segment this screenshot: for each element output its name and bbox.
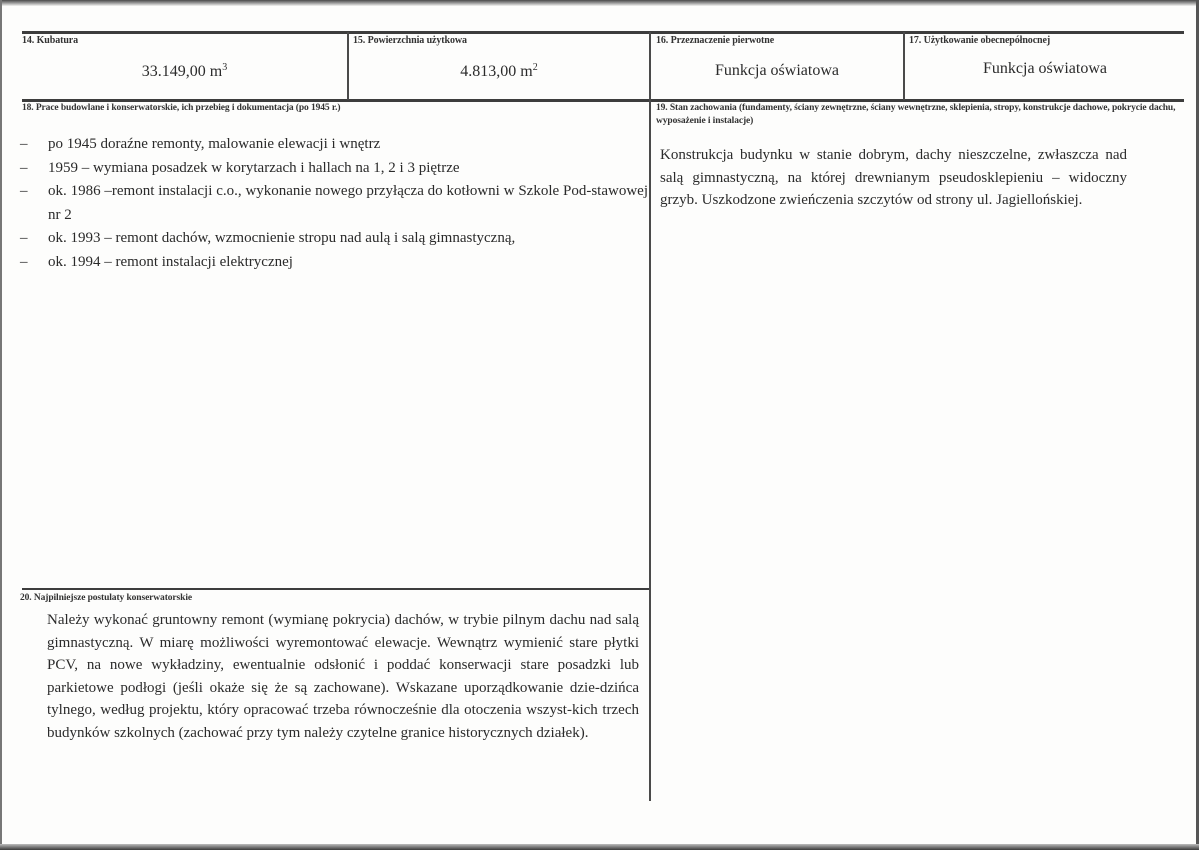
list-item: –ok. 1986 –remont instalacji c.o., wykon… [20, 180, 650, 227]
section-19-text: Konstrukcja budynku w stanie dobrym, dac… [660, 144, 1127, 212]
field-17-value: Funkcja oświatowa [905, 60, 1185, 78]
list-item: –po 1945 doraźne remonty, malowanie elew… [20, 133, 650, 157]
dash-bullet: – [20, 157, 28, 181]
list-item: –ok. 1994 – remont instalacji elektryczn… [20, 251, 650, 275]
list-item-text: 1959 – wymiana posadzek w korytarzach i … [48, 157, 650, 181]
dash-bullet: – [20, 251, 28, 275]
section-20-label: 20. Najpilniejsze postulaty konserwators… [20, 592, 192, 605]
scan-edge-top [0, 0, 1199, 6]
section-19-label: 19. Stan zachowania (fundamenty, ściany … [656, 102, 1181, 128]
field-14-value: 33.149,00 m3 [22, 62, 347, 81]
field-17-label: 17. Użytkowanie obecnepółnocnej [909, 34, 1050, 47]
list-item: –ok. 1993 – remont dachów, wzmocnienie s… [20, 227, 650, 251]
section-18-list: –po 1945 doraźne remonty, malowanie elew… [20, 133, 650, 274]
list-item-text: ok. 1986 –remont instalacji c.o., wykona… [48, 180, 648, 227]
list-item-text: ok. 1993 – remont dachów, wzmocnienie st… [48, 227, 650, 251]
kubatura-value: 33.149,00 m [142, 63, 222, 80]
rule-section20 [22, 588, 650, 590]
list-item-text: po 1945 doraźne remonty, malowanie elewa… [48, 133, 650, 157]
dash-bullet: – [20, 133, 28, 157]
field-15-value: 4.813,00 m2 [349, 62, 649, 81]
field-14-label: 14. Kubatura [22, 34, 78, 47]
scan-edge-bottom [0, 844, 1199, 850]
unit-superscript: 3 [222, 62, 227, 73]
unit-superscript: 2 [533, 62, 538, 73]
section-18-label: 18. Prace budowlane i konserwatorskie, i… [22, 102, 340, 115]
field-16-value: Funkcja oświatowa [651, 62, 903, 80]
powierzchnia-value: 4.813,00 m [460, 63, 532, 80]
list-item: –1959 – wymiana posadzek w korytarzach i… [20, 157, 650, 181]
scan-edge-left [0, 0, 2, 850]
dash-bullet: – [20, 180, 28, 204]
section-20-text: Należy wykonać gruntowny remont (wymianę… [47, 609, 639, 744]
dash-bullet: – [20, 227, 28, 251]
field-15-label: 15. Powierzchnia użytkowa [353, 34, 467, 47]
field-16-label: 16. Przeznaczenie pierwotne [656, 34, 774, 47]
list-item-text: ok. 1994 – remont instalacji elektryczne… [48, 251, 650, 275]
